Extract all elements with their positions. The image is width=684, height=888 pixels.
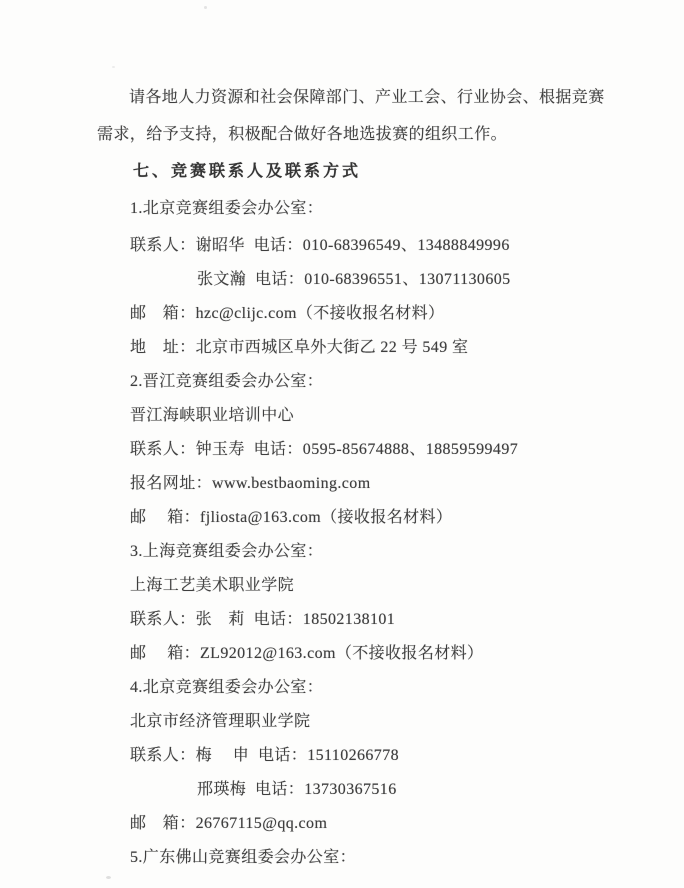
contact-continuation-line: 张文瀚 电话：010-68396551、13071130605	[197, 263, 644, 297]
intro-paragraph-line-1: 请各地人力资源和社会保障部门、产业工会、行业协会、根据竞赛	[97, 81, 644, 115]
scan-speck	[112, 66, 115, 68]
section-7-heading: 七、竞赛联系人及联系方式	[133, 155, 644, 189]
contact-line: 联系人：钟玉寿 电话：0595-85674888、18859599497	[130, 433, 644, 467]
contact-line: 联系人：梅 申 电话：15110266778	[130, 739, 644, 773]
contact-continuation-line: 邢瑛梅 电话：13730367516	[197, 773, 644, 807]
office-title: 4.北京竞赛组委会办公室：	[130, 671, 644, 705]
contact-line: 联系人：谢昭华 电话：010-68396549、13488849996	[130, 229, 644, 263]
email-line: 邮 箱：26767115@qq.com	[130, 807, 644, 841]
office-2-jinjiang: 2.晋江竞赛组委会办公室： 晋江海峡职业培训中心 联系人：钟玉寿 电话：0595…	[97, 365, 644, 535]
office-5-guangdong-foshan: 5.广东佛山竞赛组委会办公室：	[97, 841, 644, 875]
office-3-shanghai: 3.上海竞赛组委会办公室： 上海工艺美术职业学院 联系人：张 莉 电话：1850…	[97, 535, 644, 671]
registration-website-line: 报名网址：www.bestbaoming.com	[130, 467, 644, 501]
office-1-beijing: 1.北京竞赛组委会办公室： 联系人：谢昭华 电话：010-68396549、13…	[97, 192, 644, 365]
office-title: 3.上海竞赛组委会办公室：	[130, 535, 644, 569]
venue-line: 晋江海峡职业培训中心	[130, 399, 644, 433]
office-title: 5.广东佛山竞赛组委会办公室：	[130, 841, 644, 875]
office-title: 1.北京竞赛组委会办公室：	[130, 192, 644, 226]
scan-speck	[106, 876, 111, 879]
email-line: 邮 箱：fjliosta@163.com（接收报名材料）	[130, 501, 644, 535]
scan-speck	[204, 6, 207, 9]
venue-line: 北京市经济管理职业学院	[130, 705, 644, 739]
office-4-beijing: 4.北京竞赛组委会办公室： 北京市经济管理职业学院 联系人：梅 申 电话：151…	[97, 671, 644, 841]
venue-line: 上海工艺美术职业学院	[130, 569, 644, 603]
email-line: 邮 箱：ZL92012@163.com（不接收报名材料）	[130, 637, 644, 671]
address-line: 地 址：北京市西城区阜外大街乙 22 号 549 室	[130, 331, 644, 365]
document-body: 请各地人力资源和社会保障部门、产业工会、行业协会、根据竞赛 需求，给予支持，积极…	[97, 81, 644, 875]
contact-line: 联系人：张 莉 电话：18502138101	[130, 603, 644, 637]
office-title: 2.晋江竞赛组委会办公室：	[130, 365, 644, 399]
email-line: 邮 箱：hzc@clijc.com（不接收报名材料）	[130, 297, 644, 331]
document-page: 请各地人力资源和社会保障部门、产业工会、行业协会、根据竞赛 需求，给予支持，积极…	[0, 0, 684, 888]
intro-paragraph-line-2: 需求，给予支持，积极配合做好各地选拔赛的组织工作。	[97, 118, 644, 152]
